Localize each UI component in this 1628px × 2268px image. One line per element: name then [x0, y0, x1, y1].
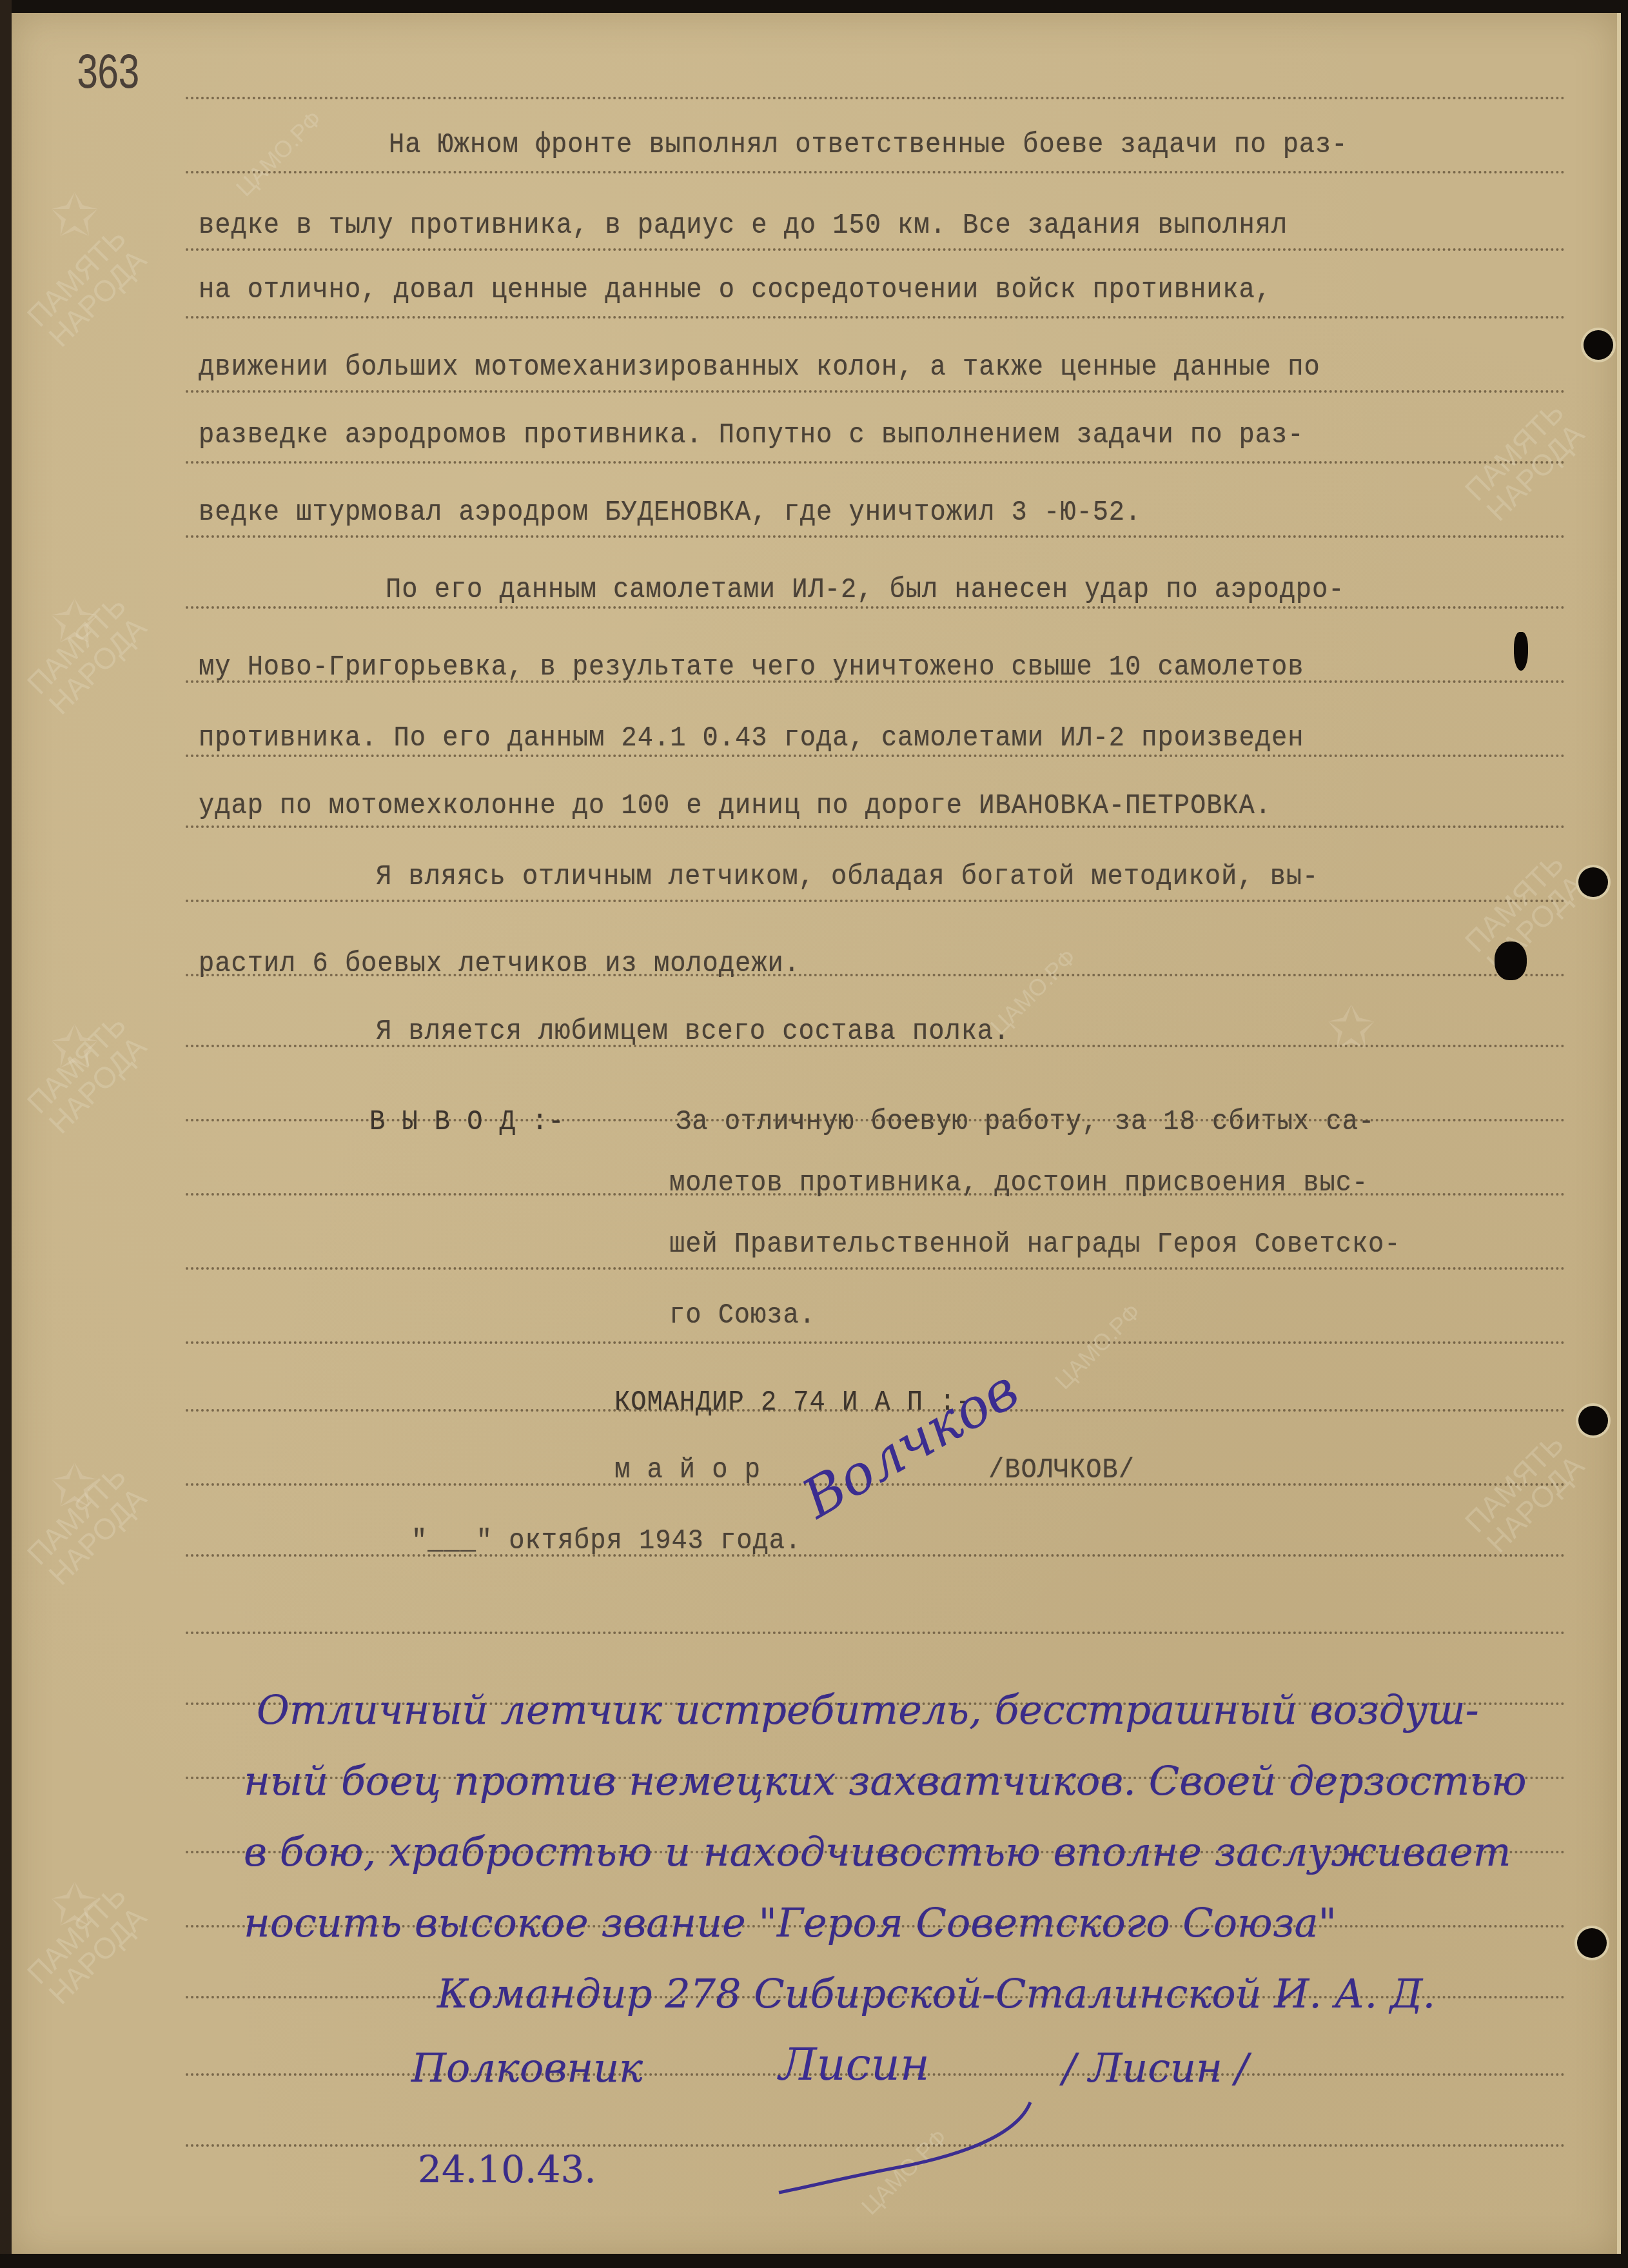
typed-line: противника. По его данным 24.1 0.43 года…: [199, 722, 1304, 754]
binder-hole: [1584, 330, 1613, 360]
typed-line: движении больших мотомеханизированных ко…: [199, 351, 1320, 384]
ruled-line: [186, 171, 1565, 173]
ruled-line: [186, 316, 1565, 319]
typed-line: разведке аэродромов противника. Попутно …: [199, 419, 1304, 451]
conclusion-line: го Союза.: [669, 1299, 816, 1332]
handwritten-line: в бою, храбростью и находчивостью вполне…: [244, 1828, 1511, 1875]
conclusion-label: В Ы В О Д :-: [369, 1106, 565, 1138]
watermark: ПАМЯТЬ НАРОДА: [22, 1880, 152, 2010]
signature-flourish: [772, 2096, 1043, 2199]
ruled-line: [186, 248, 1565, 251]
signature-date: "___" октября 1943 года.: [411, 1525, 801, 1557]
commander-name: /ВОЛЧКОВ/: [988, 1454, 1135, 1486]
watermark-star-icon: ✩: [50, 593, 108, 651]
conclusion-line: За отличную боевую работу, за 18 сбитых …: [676, 1106, 1375, 1138]
typed-line: ведке штурмовал аэродром БУДЕНОВКА, где …: [199, 497, 1141, 529]
binder-hole: [1578, 867, 1608, 897]
ruled-line: [186, 461, 1565, 464]
ruled-line: [186, 535, 1565, 538]
commander-rank: м а й о р: [614, 1454, 761, 1486]
watermark: ПАМЯТЬ НАРОДА: [22, 590, 152, 720]
conclusion-line: молетов противника, достоин присвоения в…: [669, 1167, 1368, 1199]
conclusion-line: шей Правительственной награды Героя Сове…: [669, 1228, 1401, 1261]
binder-hole: [1577, 1928, 1607, 1958]
watermark: ПАМЯТЬ НАРОДА: [22, 1461, 152, 1591]
binder-hole: [1578, 1406, 1608, 1435]
scan-border-left: [0, 0, 12, 2268]
watermark-star-icon: ✩: [50, 1877, 108, 1935]
handwritten-date: 24.10.43.: [418, 2147, 596, 2191]
typed-line: На Южном фронте выполнял ответственные б…: [389, 129, 1348, 161]
typed-line: му Ново-Григорьевка, в результате чего у…: [199, 651, 1304, 684]
watermark: ПАМЯТЬ НАРОДА: [1460, 1428, 1590, 1559]
ruled-line: [186, 1632, 1565, 1634]
watermark-star-icon: ✩: [50, 1457, 108, 1515]
archival-document-page: ПАМЯТЬ НАРОДА ПАМЯТЬ НАРОДА ПАМЯТЬ НАРОД…: [12, 13, 1621, 2257]
typed-line: ведке в тылу противника, в радиус е до 1…: [199, 210, 1288, 242]
ruled-line: [186, 754, 1565, 757]
watermark-small: ЦАМО.РФ: [232, 106, 326, 200]
watermark: ПАМЯТЬ НАРОДА: [22, 1009, 152, 1139]
typed-line: По его данным самолетами ИЛ-2, был нанес…: [386, 574, 1345, 606]
handwritten-line: ный боец против немецких захватчиков. Св…: [244, 1757, 1527, 1804]
page-number: 363: [76, 46, 138, 103]
commander-signature: Волчков: [792, 1357, 1028, 1531]
colonel-signature: Лисин: [779, 2038, 930, 2091]
ruled-line: [186, 390, 1565, 393]
ruled-line: [186, 825, 1565, 828]
scan-border-bottom: [0, 2254, 1628, 2268]
ruled-line: [186, 1554, 1565, 1557]
handwritten-line: Отличный летчик истребитель, бесстрашный…: [257, 1686, 1479, 1733]
ruled-line: [186, 606, 1565, 609]
handwritten-line: носить высокое звание "Героя Советского …: [244, 1899, 1337, 1946]
watermark: ПАМЯТЬ НАРОДА: [22, 222, 152, 353]
typed-line: на отлично, довал ценные данные о сосред…: [199, 274, 1271, 306]
watermark-star-icon: ✩: [50, 187, 108, 245]
ruled-line: [186, 97, 1565, 99]
typed-line: удар по мотомехколонне до 100 е диниц по…: [199, 790, 1271, 822]
watermark-small: ЦАМО.РФ: [1051, 1299, 1144, 1393]
ruled-line: [186, 900, 1565, 902]
typed-line: Я вляется любимцем всего состава полка.: [376, 1016, 1010, 1048]
handwritten-line: Командир 278 Сибирской-Сталинской И. А. …: [437, 1970, 1435, 2017]
watermark-star-icon: ✩: [1327, 1000, 1385, 1058]
ink-blot: [1495, 942, 1527, 980]
typed-line: растил 6 боевых летчиков из молодежи.: [199, 948, 800, 980]
ruled-line: [186, 1267, 1565, 1270]
watermark-star-icon: ✩: [50, 1019, 108, 1077]
handwritten-name: / Лисин /: [1063, 2044, 1248, 2091]
handwritten-rank: Полковник: [411, 2044, 643, 2091]
ruled-line: [186, 1341, 1565, 1344]
typed-line: Я вляясь отличным летчиком, обладая бога…: [376, 861, 1319, 893]
ink-blot: [1514, 632, 1528, 671]
